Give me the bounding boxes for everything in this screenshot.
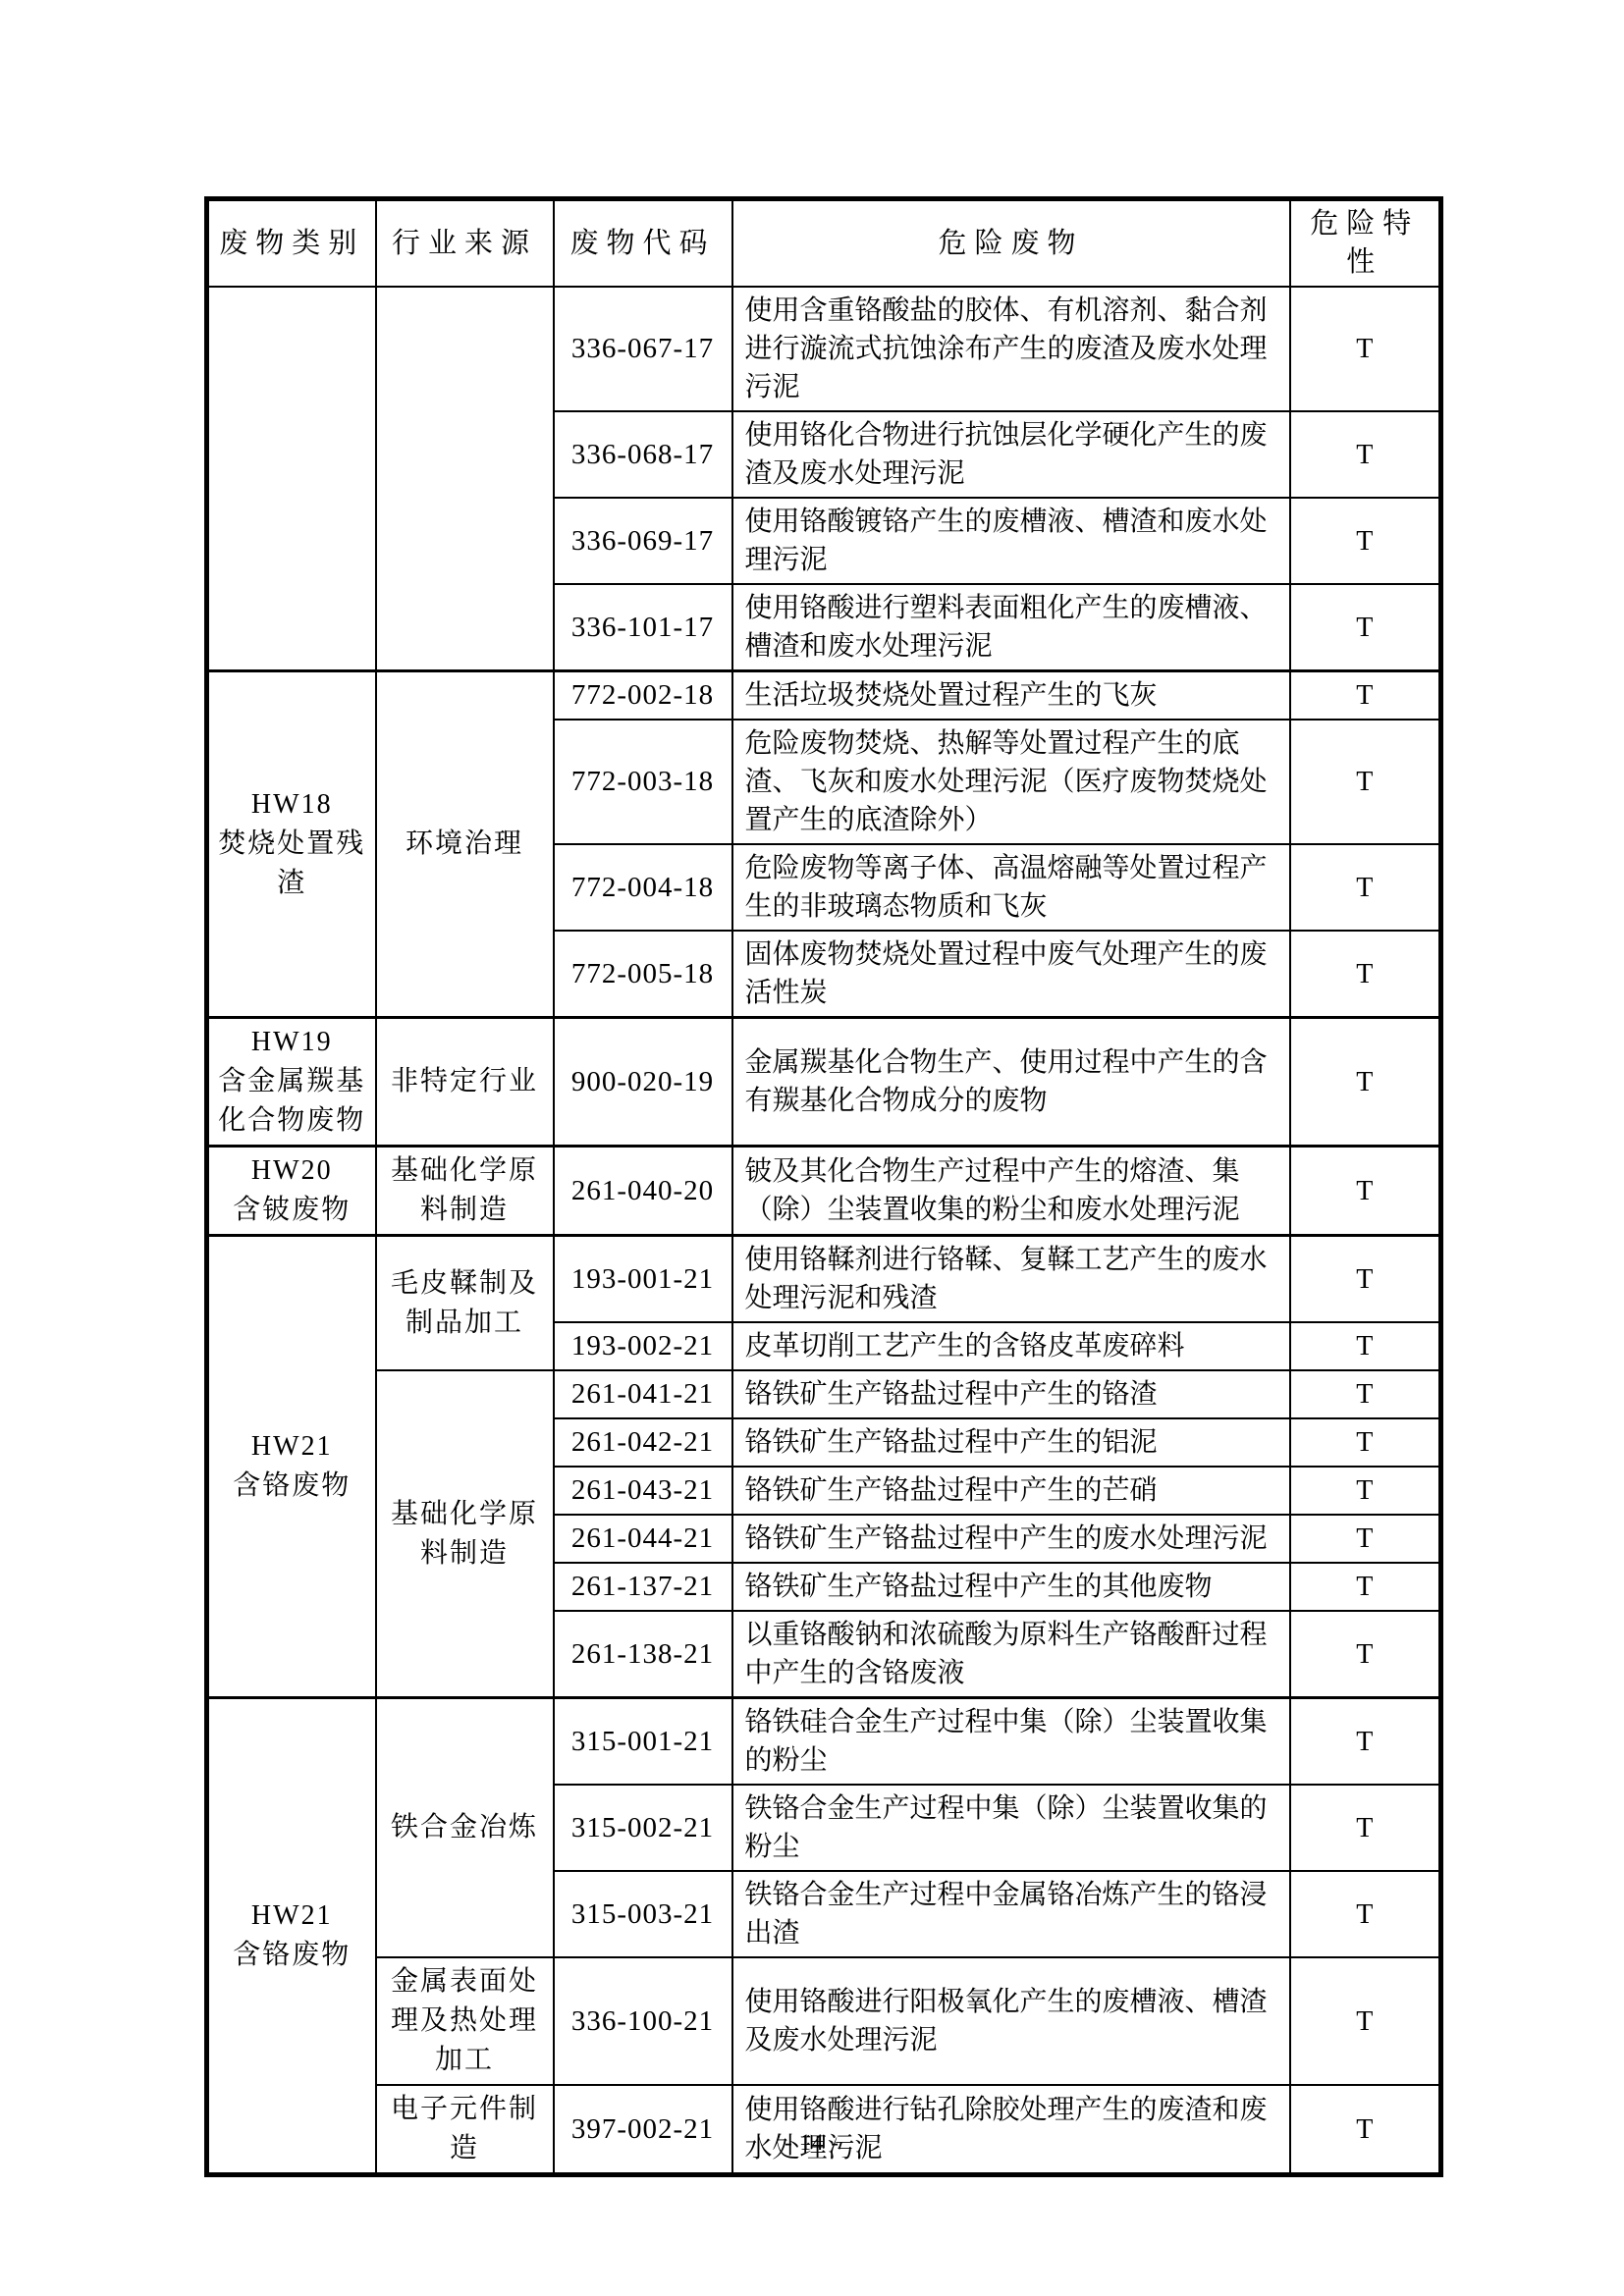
- waste-description-cell: 使用含重铬酸盐的胶体、有机溶剂、黏合剂进行漩流式抗蚀涂布产生的废渣及废水处理污泥: [732, 287, 1290, 411]
- hazard-property-cell: T: [1290, 1370, 1441, 1418]
- waste-description-cell: 铬铁硅合金生产过程中集（除）尘装置收集的粉尘: [732, 1698, 1290, 1786]
- waste-code-cell: 261-040-20: [554, 1147, 732, 1236]
- industry-source-cell: 毛皮鞣制及 制品加工: [376, 1236, 554, 1371]
- waste-code-cell: 336-068-17: [554, 411, 732, 498]
- waste-code-cell: 261-042-21: [554, 1418, 732, 1467]
- hazard-property-cell: T: [1290, 1957, 1441, 2085]
- hazard-property-cell: T: [1290, 1563, 1441, 1611]
- hazard-property-cell: T: [1290, 1236, 1441, 1323]
- waste-code-cell: 315-001-21: [554, 1698, 732, 1786]
- hazard-property-cell: T: [1290, 584, 1441, 671]
- col-header-industry-source: 行业来源: [376, 199, 554, 288]
- waste-description-cell: 铁铬合金生产过程中集（除）尘装置收集的粉尘: [732, 1785, 1290, 1871]
- hazard-property-cell: T: [1290, 1871, 1441, 1957]
- waste-code-cell: 772-005-18: [554, 931, 732, 1018]
- waste-description-cell: 铬铁矿生产铬盐过程中产生的芒硝: [732, 1467, 1290, 1515]
- col-header-waste-category: 废物类别: [207, 199, 376, 288]
- hazard-property-cell: T: [1290, 1467, 1441, 1515]
- waste-code-cell: 336-067-17: [554, 287, 732, 411]
- waste-category-cell: [207, 287, 376, 671]
- hazard-property-cell: T: [1290, 1785, 1441, 1871]
- waste-description-cell: 铬铁矿生产铬盐过程中产生的废水处理污泥: [732, 1515, 1290, 1563]
- waste-category-cell: HW19 含金属羰基 化合物废物: [207, 1018, 376, 1147]
- waste-category-cell: HW20 含铍废物: [207, 1147, 376, 1236]
- hazard-property-cell: T: [1290, 1611, 1441, 1698]
- waste-category-cell: HW18 焚烧处置残渣: [207, 671, 376, 1018]
- waste-code-cell: 772-002-18: [554, 671, 732, 721]
- document-page: 废物类别 行业来源 废物代码 危险废物 危险特性 336-067-17 使用含重…: [0, 0, 1624, 2296]
- waste-description-cell: 铍及其化合物生产过程中产生的熔渣、集（除）尘装置收集的粉尘和废水处理污泥: [732, 1147, 1290, 1236]
- hazard-property-cell: T: [1290, 287, 1441, 411]
- hazard-property-cell: T: [1290, 844, 1441, 931]
- waste-category-cell: HW21 含铬废物: [207, 1236, 376, 1698]
- waste-description-cell: 生活垃圾焚烧处置过程产生的飞灰: [732, 671, 1290, 721]
- waste-description-cell: 使用铬酸进行塑料表面粗化产生的废槽液、槽渣和废水处理污泥: [732, 584, 1290, 671]
- waste-code-cell: 261-041-21: [554, 1370, 732, 1418]
- waste-description-cell: 危险废物焚烧、热解等处置过程产生的底渣、飞灰和废水处理污泥（医疗废物焚烧处置产生…: [732, 720, 1290, 844]
- table-row: HW19 含金属羰基 化合物废物 非特定行业 900-020-19 金属羰基化合…: [207, 1018, 1441, 1147]
- hazard-property-cell: T: [1290, 498, 1441, 584]
- col-header-waste-code: 废物代码: [554, 199, 732, 288]
- waste-description-cell: 使用铬鞣剂进行铬鞣、复鞣工艺产生的废水处理污泥和残渣: [732, 1236, 1290, 1323]
- hazard-property-cell: T: [1290, 411, 1441, 498]
- waste-description-cell: 使用铬化合物进行抗蚀层化学硬化产生的废渣及废水处理污泥: [732, 411, 1290, 498]
- table-row: 336-067-17 使用含重铬酸盐的胶体、有机溶剂、黏合剂进行漩流式抗蚀涂布产…: [207, 287, 1441, 411]
- waste-code-cell: 772-004-18: [554, 844, 732, 931]
- hazard-property-cell: T: [1290, 1418, 1441, 1467]
- waste-description-cell: 铬铁矿生产铬盐过程中产生的铬渣: [732, 1370, 1290, 1418]
- hazard-property-cell: T: [1290, 720, 1441, 844]
- table-row: 基础化学原 料制造 261-041-21 铬铁矿生产铬盐过程中产生的铬渣 T: [207, 1370, 1441, 1418]
- hazard-property-cell: T: [1290, 1147, 1441, 1236]
- waste-code-cell: 900-020-19: [554, 1018, 732, 1147]
- waste-description-cell: 铬铁矿生产铬盐过程中产生的铝泥: [732, 1418, 1290, 1467]
- page-number: - 14 -: [0, 2130, 1624, 2156]
- table-row: HW21 含铬废物 铁合金冶炼 315-001-21 铬铁硅合金生产过程中集（除…: [207, 1698, 1441, 1786]
- table-row: HW21 含铬废物 毛皮鞣制及 制品加工 193-001-21 使用铬鞣剂进行铬…: [207, 1236, 1441, 1323]
- waste-description-cell: 危险废物等离子体、高温熔融等处置过程产生的非玻璃态物质和飞灰: [732, 844, 1290, 931]
- waste-code-cell: 261-137-21: [554, 1563, 732, 1611]
- industry-source-cell: 非特定行业: [376, 1018, 554, 1147]
- table-header-row: 废物类别 行业来源 废物代码 危险废物 危险特性: [207, 199, 1441, 288]
- waste-code-cell: 261-044-21: [554, 1515, 732, 1563]
- waste-code-cell: 336-101-17: [554, 584, 732, 671]
- table-row: HW20 含铍废物 基础化学原 料制造 261-040-20 铍及其化合物生产过…: [207, 1147, 1441, 1236]
- waste-code-cell: 193-002-21: [554, 1322, 732, 1370]
- waste-code-cell: 772-003-18: [554, 720, 732, 844]
- industry-source-cell: 金属表面处 理及热处理 加工: [376, 1957, 554, 2085]
- waste-code-cell: 336-069-17: [554, 498, 732, 584]
- industry-source-cell: 环境治理: [376, 671, 554, 1018]
- waste-description-cell: 使用铬酸进行阳极氧化产生的废槽液、槽渣及废水处理污泥: [732, 1957, 1290, 2085]
- col-header-hazard-property: 危险特性: [1290, 199, 1441, 288]
- hazard-property-cell: T: [1290, 1018, 1441, 1147]
- col-header-hazardous-waste: 危险废物: [732, 199, 1290, 288]
- hazard-property-cell: T: [1290, 1515, 1441, 1563]
- waste-code-cell: 261-043-21: [554, 1467, 732, 1515]
- table-row: HW18 焚烧处置残渣 环境治理 772-002-18 生活垃圾焚烧处置过程产生…: [207, 671, 1441, 721]
- waste-description-cell: 以重铬酸钠和浓硫酸为原料生产铬酸酐过程中产生的含铬废液: [732, 1611, 1290, 1698]
- industry-source-cell: 基础化学原 料制造: [376, 1147, 554, 1236]
- hazard-property-cell: T: [1290, 931, 1441, 1018]
- waste-description-cell: 铬铁矿生产铬盐过程中产生的其他废物: [732, 1563, 1290, 1611]
- hazardous-waste-table: 废物类别 行业来源 废物代码 危险废物 危险特性 336-067-17 使用含重…: [204, 196, 1443, 2177]
- waste-category-cell: HW21 含铬废物: [207, 1698, 376, 2175]
- waste-description-cell: 金属羰基化合物生产、使用过程中产生的含有羰基化合物成分的废物: [732, 1018, 1290, 1147]
- table-row: 金属表面处 理及热处理 加工 336-100-21 使用铬酸进行阳极氧化产生的废…: [207, 1957, 1441, 2085]
- waste-description-cell: 使用铬酸镀铬产生的废槽液、槽渣和废水处理污泥: [732, 498, 1290, 584]
- industry-source-cell: 铁合金冶炼: [376, 1698, 554, 1958]
- waste-description-cell: 皮革切削工艺产生的含铬皮革废碎料: [732, 1322, 1290, 1370]
- waste-code-cell: 336-100-21: [554, 1957, 732, 2085]
- waste-description-cell: 铁铬合金生产过程中金属铬冶炼产生的铬浸出渣: [732, 1871, 1290, 1957]
- waste-code-cell: 261-138-21: [554, 1611, 732, 1698]
- industry-source-cell: [376, 287, 554, 671]
- industry-source-cell: 基础化学原 料制造: [376, 1370, 554, 1698]
- hazard-property-cell: T: [1290, 1322, 1441, 1370]
- waste-description-cell: 固体废物焚烧处置过程中废气处理产生的废活性炭: [732, 931, 1290, 1018]
- hazard-property-cell: T: [1290, 1698, 1441, 1786]
- hazard-property-cell: T: [1290, 671, 1441, 721]
- waste-code-cell: 193-001-21: [554, 1236, 732, 1323]
- waste-code-cell: 315-002-21: [554, 1785, 732, 1871]
- waste-code-cell: 315-003-21: [554, 1871, 732, 1957]
